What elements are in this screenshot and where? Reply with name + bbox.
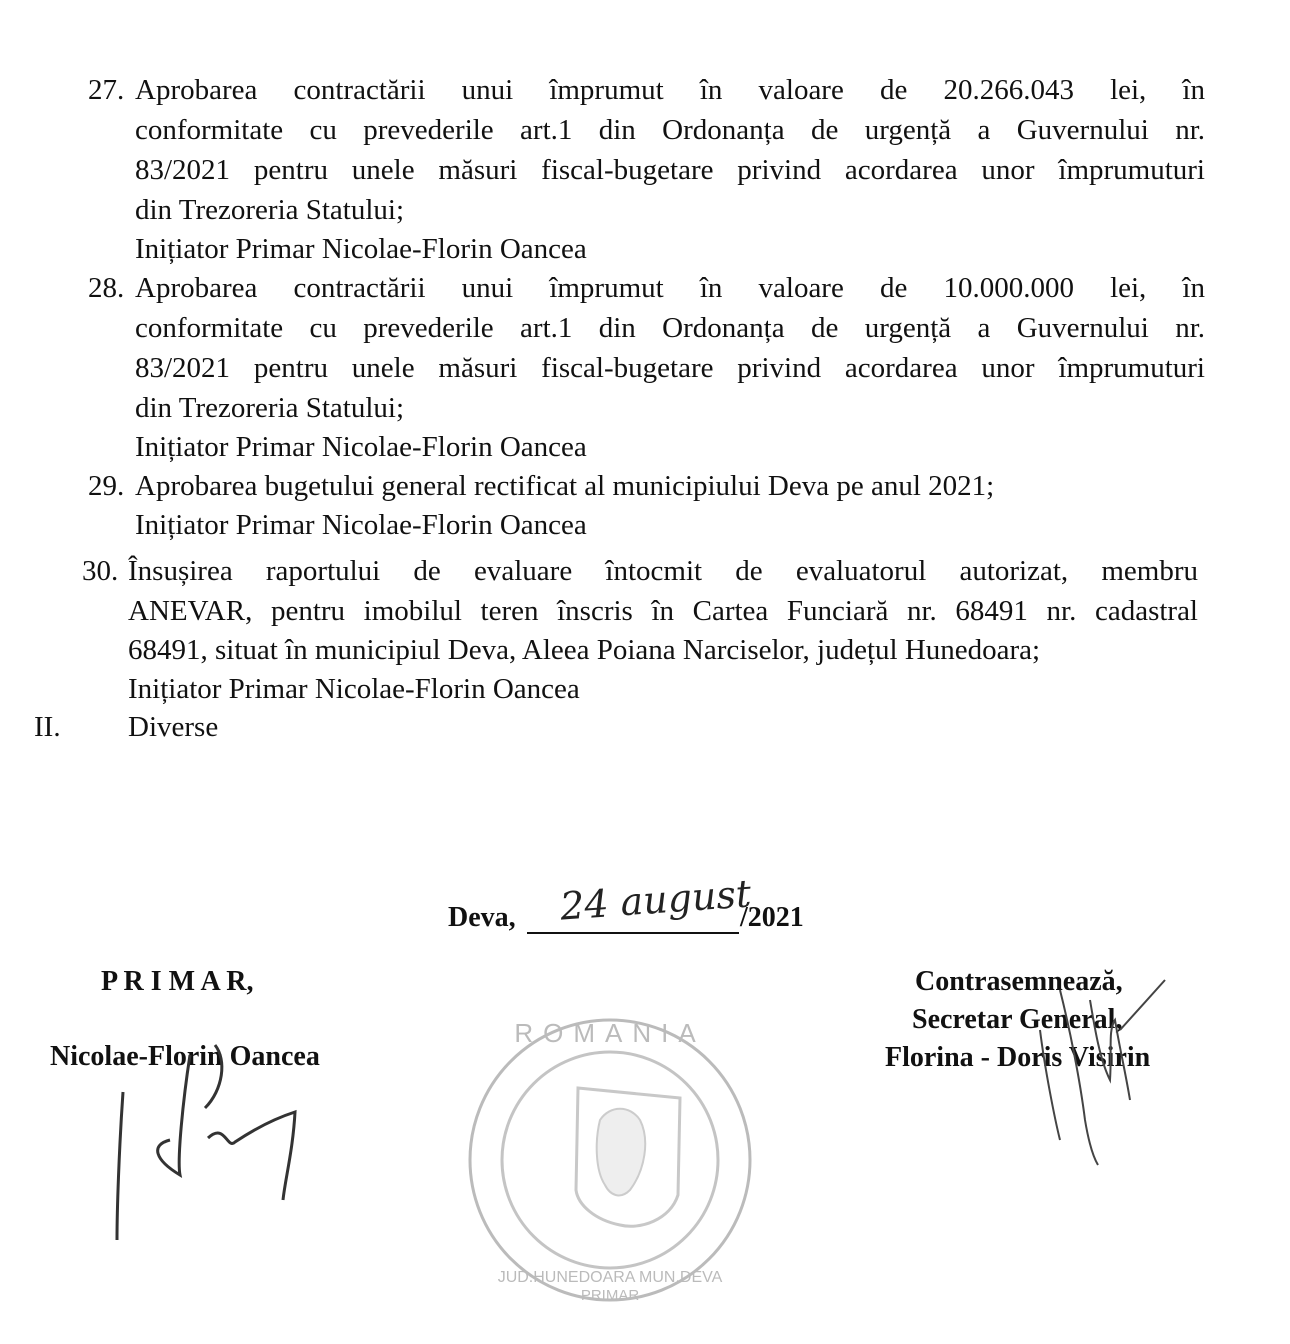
item-29-number: 29. — [88, 466, 124, 506]
item-27-line-4: din Trezoreria Statului; — [135, 190, 404, 230]
item-29-line-1: Aprobarea bugetului general rectificat a… — [135, 466, 994, 506]
item-27-line-1: Aprobarea contractării unui împrumut în … — [135, 70, 1205, 110]
stamp-bottom-text: JUD.HUNEDOARA MUN.DEVA — [498, 1269, 723, 1286]
item-28-initiator: Inițiator Primar Nicolae-Florin Oancea — [135, 427, 587, 467]
item-27-line-3: 83/2021 pentru unele măsuri fiscal-buget… — [135, 150, 1205, 190]
section-ii-numeral: II. — [34, 707, 61, 747]
item-28-line-3: 83/2021 pentru unele măsuri fiscal-buget… — [135, 348, 1205, 388]
secretary-signature-icon — [1000, 970, 1200, 1170]
item-29-initiator: Inițiator Primar Nicolae-Florin Oancea — [135, 505, 587, 545]
stamp-top-text: ROMANIA — [514, 1018, 705, 1048]
item-30-line-2: ANEVAR, pentru imobilul teren înscris în… — [128, 591, 1198, 631]
mayor-signature-icon — [95, 1040, 325, 1260]
stamp-center-text: PRIMAR — [581, 1287, 640, 1304]
item-28-line-1: Aprobarea contractării unui împrumut în … — [135, 268, 1205, 308]
date-year: /2021 — [740, 898, 804, 938]
item-30-initiator: Inițiator Primar Nicolae-Florin Oancea — [128, 669, 580, 709]
item-30-number: 30. — [82, 551, 118, 591]
date-handwritten: 24 august — [559, 873, 752, 926]
item-28-number: 28. — [88, 268, 124, 308]
section-ii-label: Diverse — [128, 707, 218, 747]
date-place: Deva, — [448, 898, 516, 938]
official-stamp-icon: ROMANIA JUD.HUNEDOARA MUN.DEVA PRIMAR — [460, 1010, 760, 1310]
item-27-initiator: Inițiator Primar Nicolae-Florin Oancea — [135, 229, 587, 269]
date-underline — [527, 932, 739, 934]
item-28-line-4: din Trezoreria Statului; — [135, 388, 404, 428]
item-27-number: 27. — [88, 70, 124, 110]
item-28-line-2: conformitate cu prevederile art.1 din Or… — [135, 308, 1205, 348]
item-27-line-2: conformitate cu prevederile art.1 din Or… — [135, 110, 1205, 150]
item-30-line-3: 68491, situat în municipiul Deva, Aleea … — [128, 630, 1040, 670]
item-30-line-1: Însușirea raportului de evaluare întocmi… — [128, 551, 1198, 591]
mayor-title: P R I M A R, — [101, 962, 253, 1002]
